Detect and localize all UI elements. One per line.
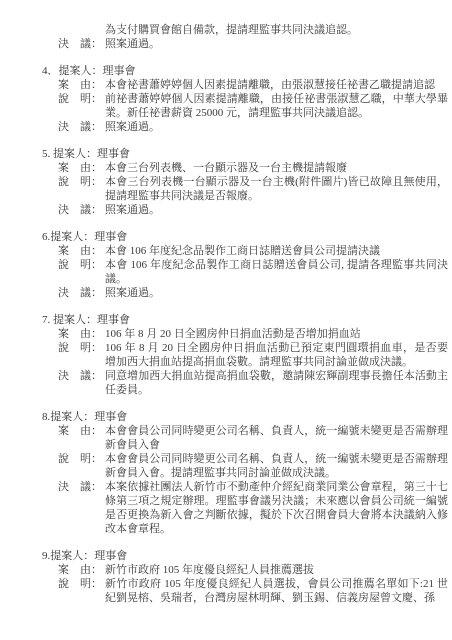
row-text: 本會三台列表機一台顯示器及一台主機(附件圖片)皆已故障且無使用，提請理監事共同決… xyxy=(105,175,448,203)
row-text: 照案通過。 xyxy=(105,203,448,217)
resolution-row: 決 議： 照案通過。 xyxy=(0,120,452,134)
row-label: 說 明： xyxy=(58,175,105,189)
row-label: 案 由： xyxy=(58,161,105,175)
row-text: 前祕書蕭婷婷個人因素提請離職，由接任祕書張淑慧乙職，中華大學畢業。新任祕書薪資 … xyxy=(105,92,448,120)
resolution-row: 決 議： 照案通過。 xyxy=(0,286,452,300)
case-row: 案 由： 新竹市政府 105 年度優良經紀人員推薦選拔 xyxy=(0,563,452,577)
proposal-section-7: 7. 提案人：理事會 案 由： 106 年 8 月 20 日全國房仲日捐血活動是… xyxy=(0,313,452,397)
row-label: 案 由： xyxy=(58,563,105,577)
row-label: 案 由： xyxy=(58,424,105,438)
row-text: 新竹市政府 105 年度優良經紀人員選拔，會員公司推薦名單如下:21 世紀劉晃榕… xyxy=(105,577,448,605)
proposal-section-5: 5. 提案人：理事會 案 由： 本會三台列表機、一台顯示器及一台主機提請報廢 說… xyxy=(0,147,452,217)
row-label: 案 由： xyxy=(58,244,105,258)
item3-tail: 為支付購買會館自備款，提請理監事共同決議追認。 決 議： 照案通過。 xyxy=(0,23,452,51)
row-label: 說 明： xyxy=(58,92,105,106)
row-text: 本會 106 年度紀念品製作工商日誌贈送會員公司, 提請各理監事共同決議。 xyxy=(105,258,448,286)
row-text: 106 年 8 月 20 日全國房仲日捐血活動是否增加捐血站 xyxy=(105,327,448,341)
explanation-row: 說 明： 106 年 8 月 20 日全國房仲日捐血活動已預定東門圓環捐血車，是… xyxy=(0,341,452,369)
row-label: 決 議： xyxy=(58,369,105,383)
row-text: 照案通過。 xyxy=(105,120,448,134)
row-text: 本案依據社團法人新竹市不動產仲介經紀商業同業公會章程，第三十七條第三項之規定辦理… xyxy=(105,480,448,536)
row-label: 說 明： xyxy=(58,341,105,355)
case-row: 案 由： 本會祕書蕭婷婷個人因素提請離職，由張淑慧接任祕書乙職提請追認 xyxy=(0,78,452,92)
row-label: 案 由： xyxy=(58,327,105,341)
resolution-row: 決 議： 本案依據社團法人新竹市不動產仲介經紀商業同業公會章程，第三十七條第三項… xyxy=(0,480,452,536)
explanation-row: 說 明： 本會 106 年度紀念品製作工商日誌贈送會員公司, 提請各理監事共同決… xyxy=(0,258,452,286)
row-text: 106 年 8 月 20 日全國房仲日捐血活動已預定東門圓環捐血車，是否要增加西… xyxy=(105,341,448,369)
row-text: 本會三台列表機、一台顯示器及一台主機提請報廢 xyxy=(105,161,448,175)
proposal-section-6: 6.提案人：理事會 案 由： 本會 106 年度紀念品製作工商日誌贈送會員公司提… xyxy=(0,230,452,300)
section-heading: 9.提案人：理事會 xyxy=(42,549,452,563)
resolution-row: 決 議： 同意增加西大捐血站提高捐血袋數，邀請陳宏輝副理事長擔任本活動主任委員。 xyxy=(0,369,452,397)
row-text: 新竹市政府 105 年度優良經紀人員推薦選拔 xyxy=(105,563,448,577)
explanation-row: 說 明： 新竹市政府 105 年度優良經紀人員選拔，會員公司推薦名單如下:21 … xyxy=(0,577,452,605)
section-heading: 4．提案人：理事會 xyxy=(42,64,452,78)
section-heading: 7. 提案人：理事會 xyxy=(42,313,452,327)
section-heading: 6.提案人：理事會 xyxy=(42,230,452,244)
row-label: 案 由： xyxy=(58,78,105,92)
case-row: 案 由： 本會 106 年度紀念品製作工商日誌贈送會員公司提請決議 xyxy=(0,244,452,258)
section-heading: 8.提案人：理事會 xyxy=(42,410,452,424)
case-row: 案 由： 106 年 8 月 20 日全國房仲日捐血活動是否增加捐血站 xyxy=(0,327,452,341)
row-label: 決 議： xyxy=(58,203,105,217)
explanation-row: 說 明： 前祕書蕭婷婷個人因素提請離職，由接任祕書張淑慧乙職，中華大學畢業。新任… xyxy=(0,92,452,120)
row-text: 照案通過。 xyxy=(105,286,448,300)
row-label: 決 議： xyxy=(58,480,105,494)
case-row: 案 由： 本會三台列表機、一台顯示器及一台主機提請報廢 xyxy=(0,161,452,175)
row-label: 決 議： xyxy=(58,37,105,51)
explanation-row: 說 明： 本會三台列表機一台顯示器及一台主機(附件圖片)皆已故障且無使用，提請理… xyxy=(0,175,452,203)
row-text: 本會祕書蕭婷婷個人因素提請離職，由張淑慧接任祕書乙職提請追認 xyxy=(105,78,448,92)
continuation-text: 為支付購買會館自備款，提請理監事共同決議追認。 xyxy=(105,23,441,37)
row-text: 本會會員公司同時變更公司名稱、負責人，統一編號未變更是否需辦理新會員入會 xyxy=(105,424,448,452)
row-label: 說 明： xyxy=(58,258,105,272)
document-page: 為支付購買會館自備款，提請理監事共同決議追認。 決 議： 照案通過。 4．提案人… xyxy=(0,0,452,640)
proposal-section-8: 8.提案人：理事會 案 由： 本會會員公司同時變更公司名稱、負責人，統一編號未變… xyxy=(0,410,452,536)
resolution-row: 決 議： 照案通過。 xyxy=(0,37,452,51)
explanation-row: 說 明： 本會會員公司同時變更公司名稱、負責人，統一編號未變更是否需辦理新會員入… xyxy=(0,452,452,480)
row-text: 本會 106 年度紀念品製作工商日誌贈送會員公司提請決議 xyxy=(105,244,448,258)
proposal-section-9: 9.提案人：理事會 案 由： 新竹市政府 105 年度優良經紀人員推薦選拔 說 … xyxy=(0,549,452,605)
section-heading: 5. 提案人：理事會 xyxy=(42,147,452,161)
row-text: 本會會員公司同時變更公司名稱、負責人，統一編號未變更是否需辦理新會員入會。提請理… xyxy=(105,452,448,480)
resolution-row: 決 議： 照案通過。 xyxy=(0,203,452,217)
row-label: 決 議： xyxy=(58,286,105,300)
row-label: 說 明： xyxy=(58,452,105,466)
case-row: 案 由： 本會會員公司同時變更公司名稱、負責人，統一編號未變更是否需辦理新會員入… xyxy=(0,424,452,452)
proposal-section-4: 4．提案人：理事會 案 由： 本會祕書蕭婷婷個人因素提請離職，由張淑慧接任祕書乙… xyxy=(0,64,452,134)
row-label: 說 明： xyxy=(58,577,105,591)
row-text: 照案通過。 xyxy=(105,37,448,51)
row-text: 同意增加西大捐血站提高捐血袋數，邀請陳宏輝副理事長擔任本活動主任委員。 xyxy=(105,369,448,397)
row-label: 決 議： xyxy=(58,120,105,134)
